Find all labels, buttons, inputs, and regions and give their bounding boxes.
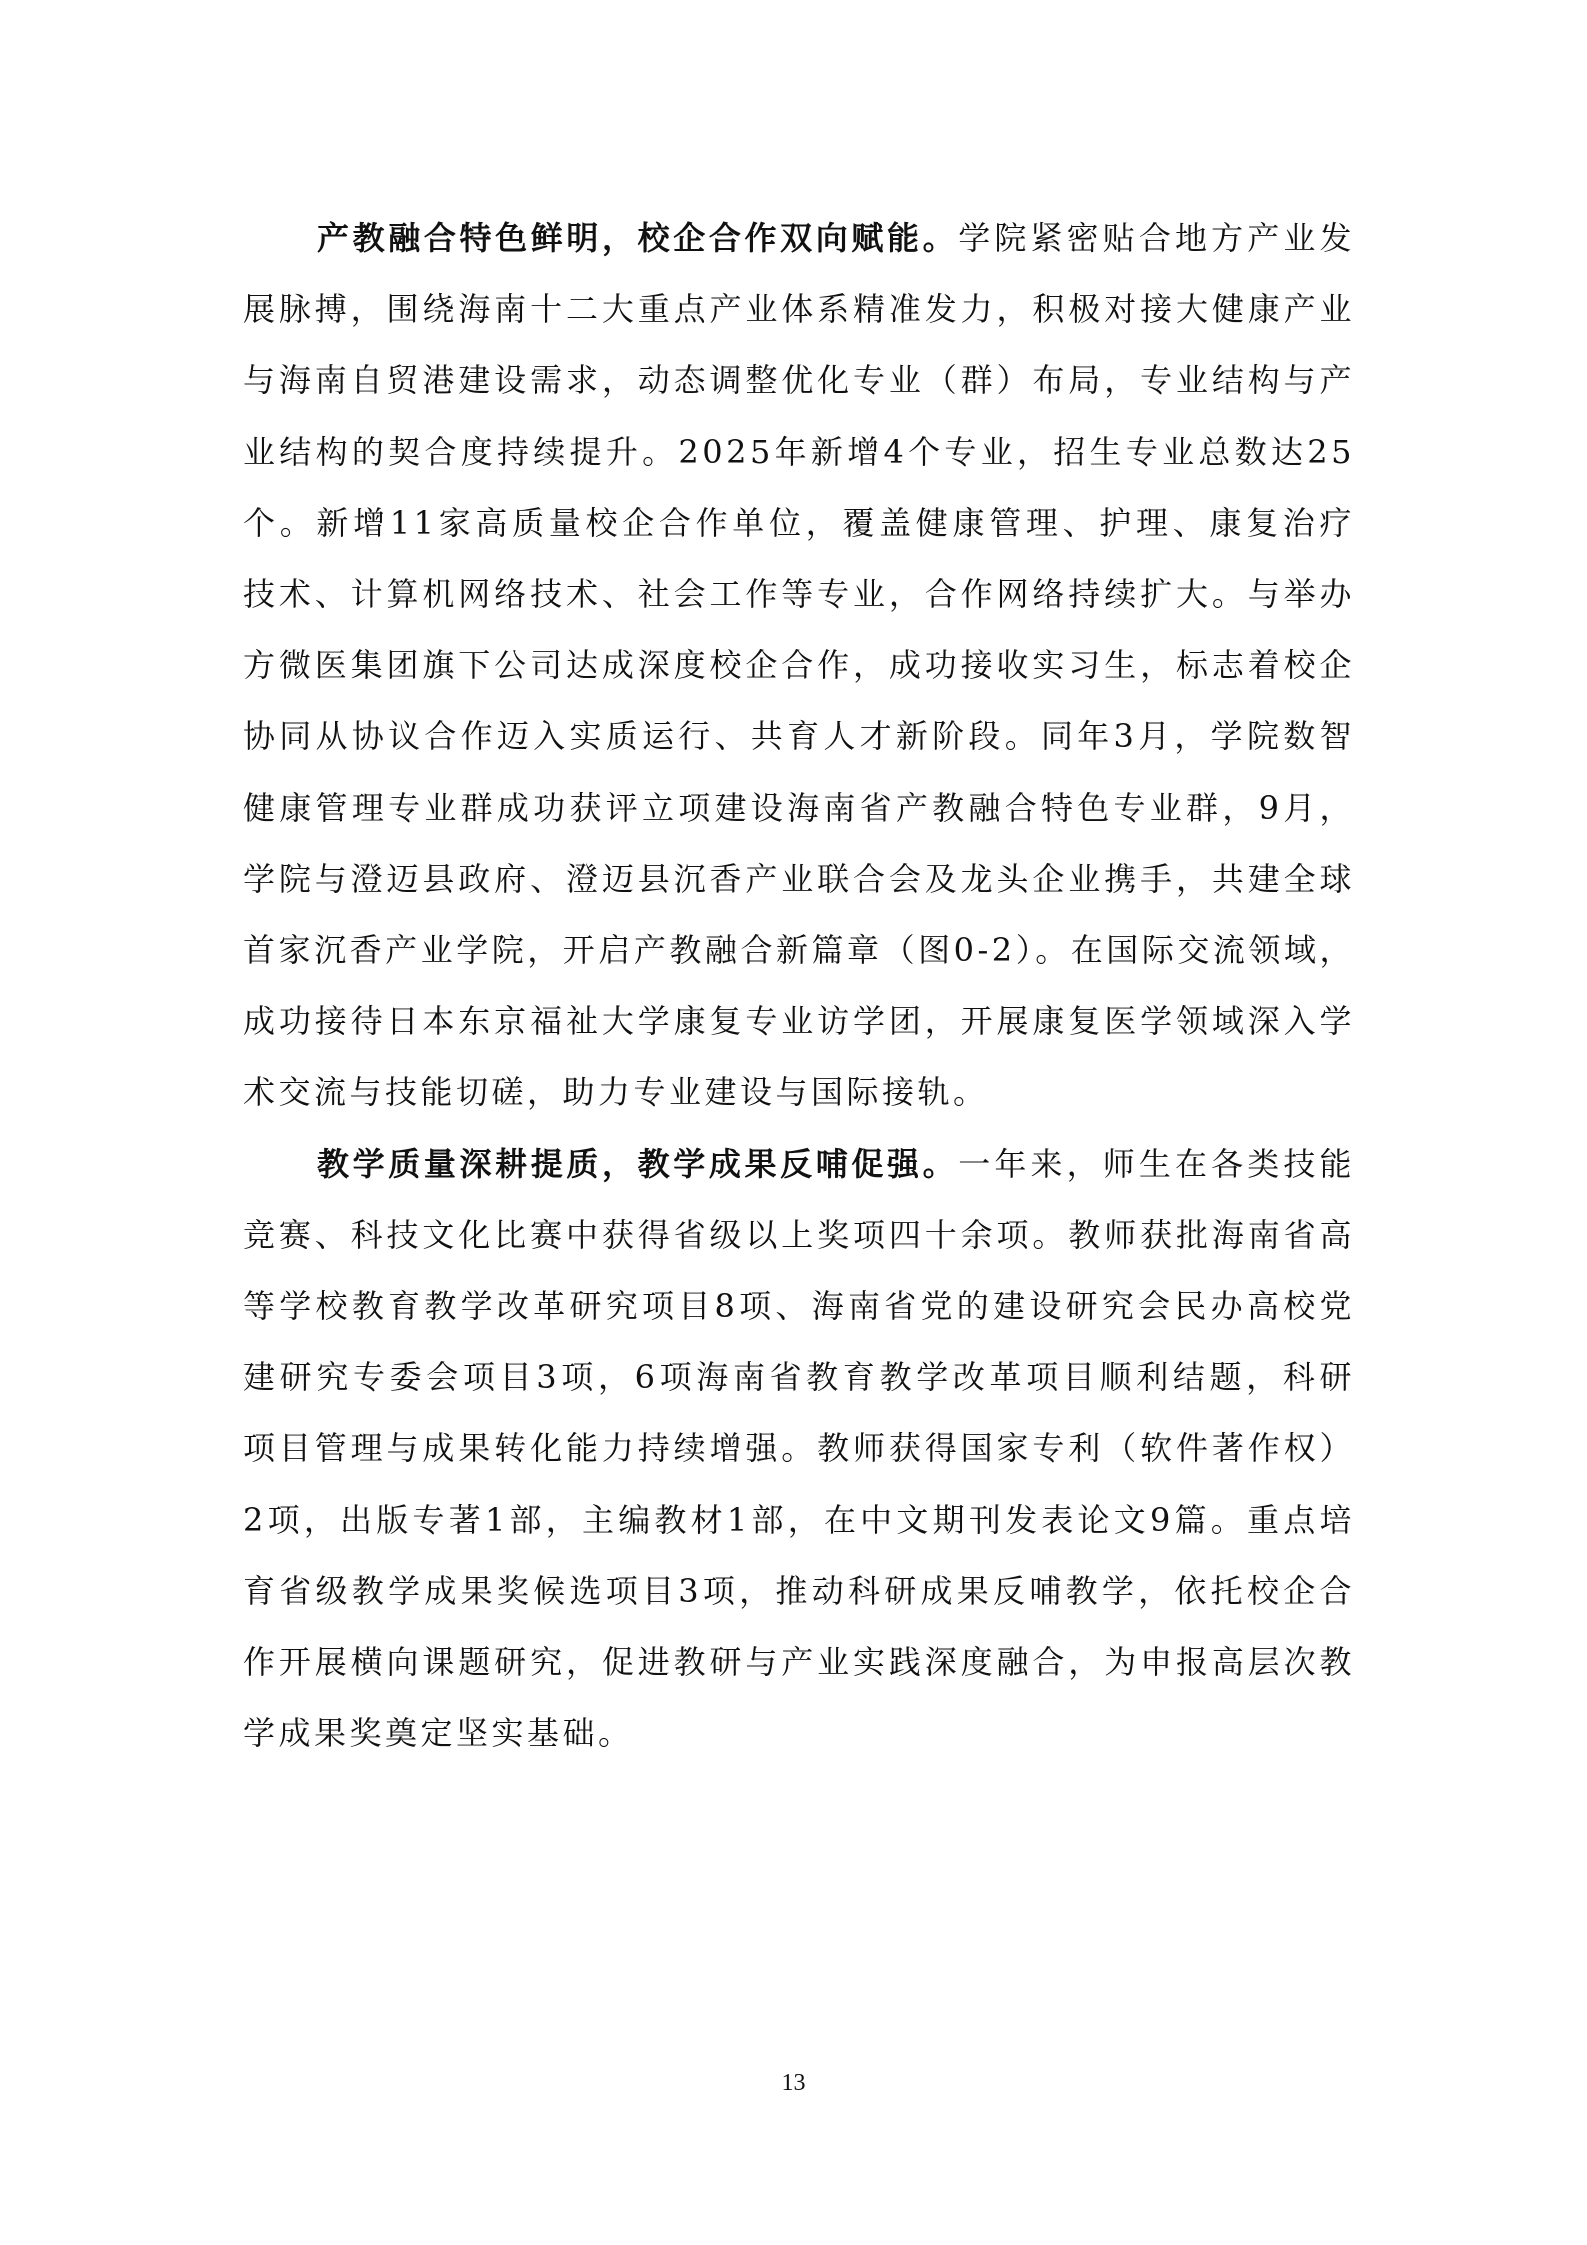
page-number: 13	[0, 2070, 1587, 2097]
document-page-body: 产教融合特色鲜明，校企合作双向赋能。学院紧密贴合地方产业发展脉搏，围绕海南十二大…	[243, 203, 1355, 1769]
paragraph-body-text: 一年来，师生在各类技能竞赛、科技文化比赛中获得省级以上奖项四十余项。教师获批海南…	[243, 1145, 1355, 1753]
paragraph-body-text: 学院紧密贴合地方产业发展脉搏，围绕海南十二大重点产业体系精准发力，积极对接大健康…	[243, 219, 1355, 1111]
paragraph-lead-heading: 产教融合特色鲜明，校企合作双向赋能。	[317, 219, 958, 257]
paragraph-lead-heading: 教学质量深耕提质，教学成果反哺促强。	[317, 1145, 958, 1183]
paragraph-industry-education-integration: 产教融合特色鲜明，校企合作双向赋能。学院紧密贴合地方产业发展脉搏，围绕海南十二大…	[243, 203, 1355, 1129]
paragraph-teaching-quality: 教学质量深耕提质，教学成果反哺促强。一年来，师生在各类技能竞赛、科技文化比赛中获…	[243, 1129, 1355, 1770]
